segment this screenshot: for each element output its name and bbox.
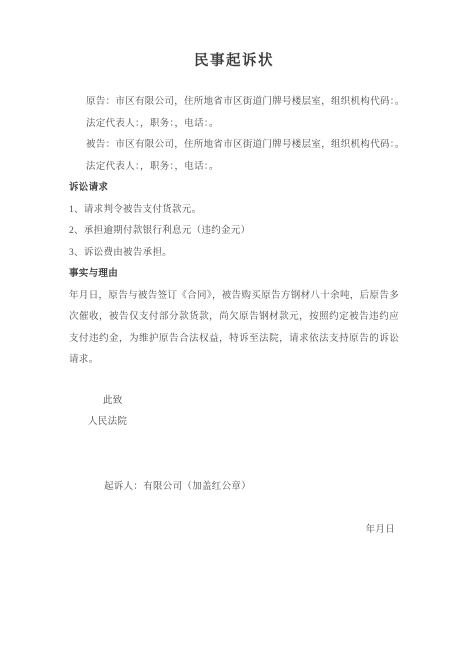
claims-heading: 诉讼请求	[69, 178, 399, 200]
date-line: 年月日	[69, 520, 399, 542]
claim-item-2: 2、承担逾期付款银行利息元（违约金元）	[69, 221, 399, 243]
document-title: 民事起诉状	[69, 50, 399, 72]
defendant-info-line: 被告：市区有限公司，住所地省市区街道门牌号楼层室，组织机构代码：。	[69, 135, 399, 157]
complaint-document-page: 民事起诉状 原告：市区有限公司，住所地省市区街道门牌号楼层室，组织机构代码：。 …	[0, 0, 463, 655]
plaintiff-info-line: 原告：市区有限公司，住所地省市区街道门牌号楼层室，组织机构代码：。	[69, 92, 399, 114]
defendant-legal-rep-line: 法定代表人：，职务：，电话：。	[69, 157, 399, 179]
signature-line: 起诉人：有限公司（加盖红公章）	[69, 477, 399, 499]
claim-item-1: 1、请求判令被告支付货款元。	[69, 200, 399, 222]
plaintiff-legal-rep-line: 法定代表人：，职务：，电话：。	[69, 114, 399, 136]
facts-heading: 事实与理由	[69, 264, 399, 286]
claim-item-3: 3、诉讼费由被告承担。	[69, 243, 399, 265]
facts-paragraph: 年月日，原告与被告签订《合同》，被告购买原告方钢材八十余吨，后原告多次催收，被告…	[69, 286, 399, 372]
court-name: 人民法院	[69, 412, 399, 434]
closing-salute: 此致	[69, 391, 399, 413]
